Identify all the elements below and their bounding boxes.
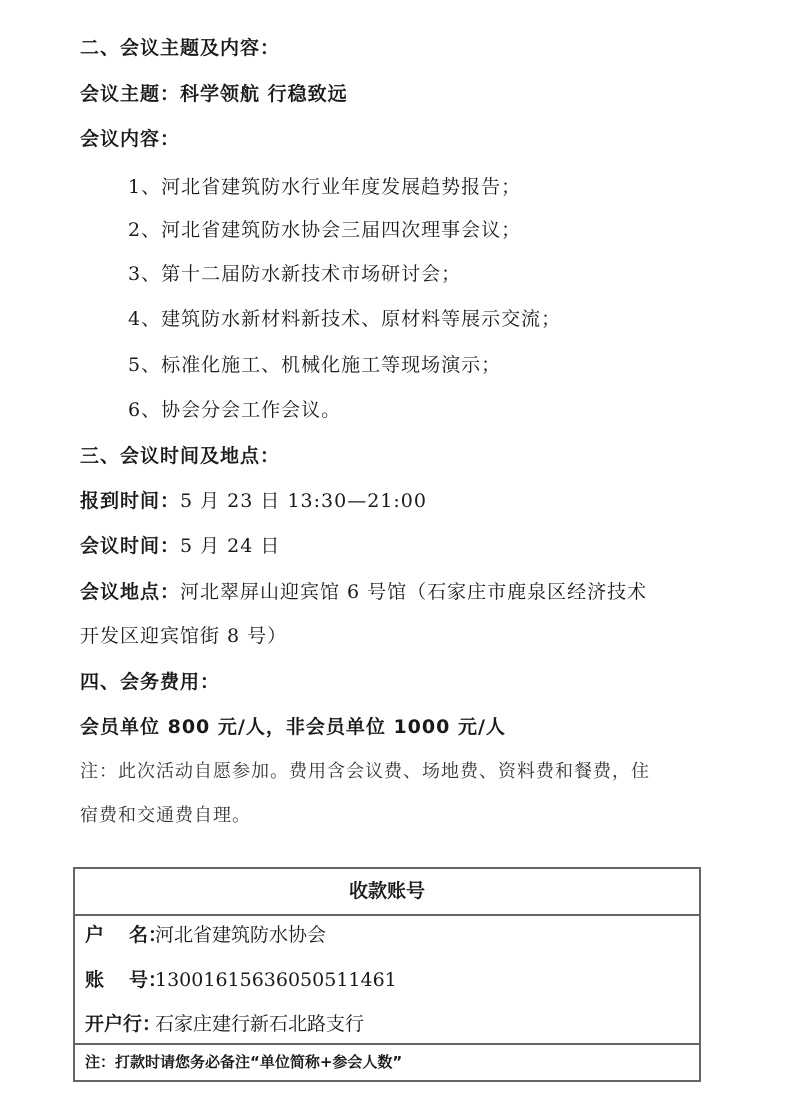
content-item-5: 5、标准化施工、机械化施工等现场演示； bbox=[128, 350, 501, 377]
bank-row: 开户行：石家庄建行新石北路支行 bbox=[85, 1009, 364, 1036]
content-item-1: 1、河北省建筑防水行业年度发展趋势报告； bbox=[128, 172, 521, 199]
checkin-label: 报到时间： bbox=[80, 490, 180, 512]
fee-note-1: 注：此次活动自愿参加。费用含会议费、场地费、资料费和餐费，住 bbox=[80, 757, 650, 783]
content-item-6: 6、协会分会工作会议。 bbox=[128, 395, 341, 422]
content-item-3: 3、第十二届防水新技术市场研讨会； bbox=[128, 259, 461, 286]
checkin-line: 报到时间：5 月 23 日 13:30—21:00 bbox=[80, 486, 427, 513]
content-item-2: 2、河北省建筑防水协会三届四次理事会议； bbox=[128, 215, 521, 242]
meeting-time-value: 5 月 24 日 bbox=[180, 535, 280, 557]
account-number-value: 13001615636050511461 bbox=[155, 969, 397, 991]
account-number-row: 账号：13001615636050511461 bbox=[85, 965, 397, 992]
account-name-key: 户名： bbox=[85, 920, 155, 947]
account-table: 收款账号 户名：河北省建筑防水协会 账号：1300161563605051146… bbox=[73, 867, 701, 1082]
section2-heading: 二、会议主题及内容： bbox=[80, 33, 280, 60]
meeting-time-line: 会议时间：5 月 24 日 bbox=[80, 531, 280, 558]
payment-note: 注：打款时请您务必备注“单位简称+参会人数” bbox=[75, 1043, 699, 1080]
content-item-4: 4、建筑防水新材料新技术、原材料等展示交流； bbox=[128, 304, 561, 331]
section4-heading: 四、会务费用： bbox=[80, 667, 220, 694]
checkin-value: 5 月 23 日 13:30—21:00 bbox=[180, 490, 427, 512]
fee-line: 会员单位 800 元/人，非会员单位 1000 元/人 bbox=[80, 712, 506, 739]
theme-label: 会议主题： bbox=[80, 83, 180, 105]
bank-value: 石家庄建行新石北路支行 bbox=[155, 1013, 364, 1035]
venue-value-1: 河北翠屏山迎宾馆 6 号馆（石家庄市鹿泉区经济技术 bbox=[180, 581, 647, 603]
theme-value: 科学领航 行稳致远 bbox=[180, 83, 348, 105]
meeting-time-label: 会议时间： bbox=[80, 535, 180, 557]
account-number-key: 账号： bbox=[85, 965, 155, 992]
fee-note-2: 宿费和交通费自理。 bbox=[80, 801, 251, 827]
section3-heading: 三、会议时间及地点： bbox=[80, 441, 280, 468]
account-table-title: 收款账号 bbox=[75, 869, 699, 916]
theme-line: 会议主题：科学领航 行稳致远 bbox=[80, 79, 348, 106]
venue-label: 会议地点： bbox=[80, 581, 180, 603]
bank-key: 开户行： bbox=[85, 1009, 155, 1036]
account-name-row: 户名：河北省建筑防水协会 bbox=[85, 920, 326, 947]
venue-line: 会议地点：河北翠屏山迎宾馆 6 号馆（石家庄市鹿泉区经济技术 bbox=[80, 577, 647, 604]
venue-line-2: 开发区迎宾馆街 8 号） bbox=[80, 621, 287, 648]
account-name-value: 河北省建筑防水协会 bbox=[155, 924, 326, 946]
content-label: 会议内容： bbox=[80, 124, 180, 151]
